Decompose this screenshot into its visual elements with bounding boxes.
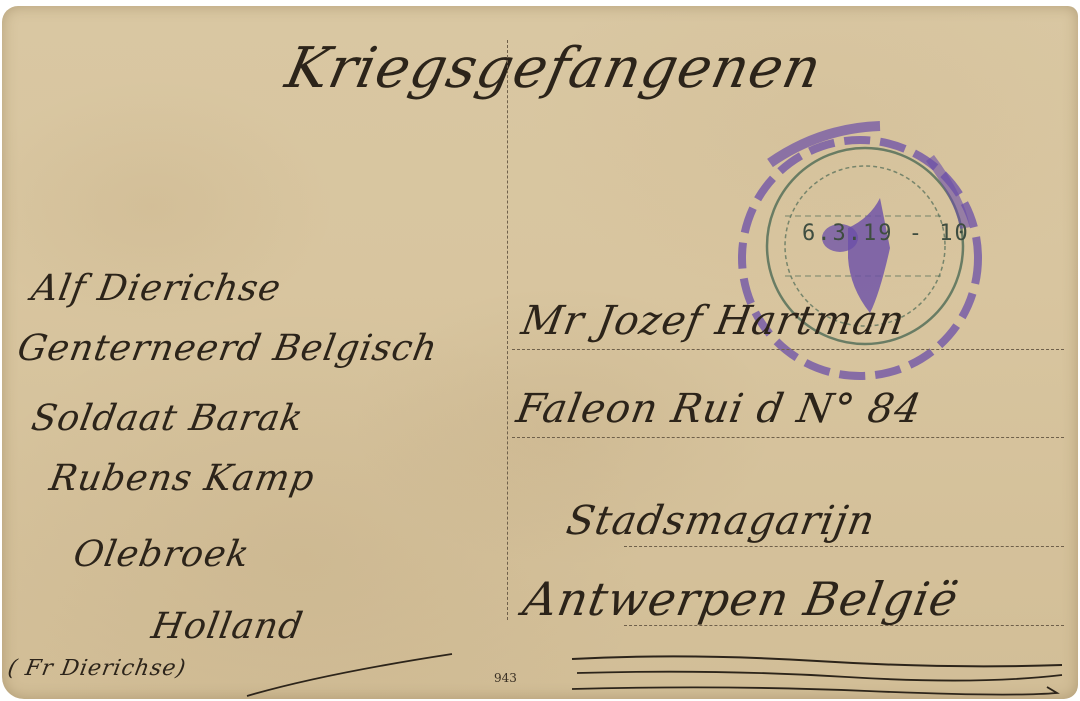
address-line-3	[624, 546, 1064, 547]
header-text: Kriegsgefangenen	[280, 36, 827, 101]
address-line-2	[512, 437, 1064, 438]
sender-line: Olebroek	[70, 534, 253, 575]
sender-line: Holland	[148, 606, 306, 647]
sender-line: Rubens Kamp	[46, 458, 318, 499]
underline-flourish	[567, 651, 1067, 699]
postmark-date: 6.3.19 - 10	[802, 221, 970, 246]
center-divider	[507, 40, 508, 620]
recipient-line: Faleon Rui d N° 84	[513, 386, 925, 432]
recipient-line: Stadsmagarijn	[563, 498, 879, 544]
postcard: Kriegsgefangenen Alf Dierichse Genternee…	[2, 6, 1078, 699]
sender-line: Genterneerd Belgisch	[14, 328, 441, 369]
recipient-line: Antwerpen België	[519, 572, 962, 626]
sender-line: Soldaat Barak	[28, 398, 306, 439]
sender-signature: ( Fr Dierichse)	[6, 656, 188, 681]
sender-line: Alf Dierichse	[28, 268, 284, 309]
address-line-1	[512, 349, 1064, 350]
signature-flourish	[242, 646, 462, 699]
recipient-line: Mr Jozef Hartman	[518, 298, 909, 344]
print-number: 943	[494, 671, 517, 685]
